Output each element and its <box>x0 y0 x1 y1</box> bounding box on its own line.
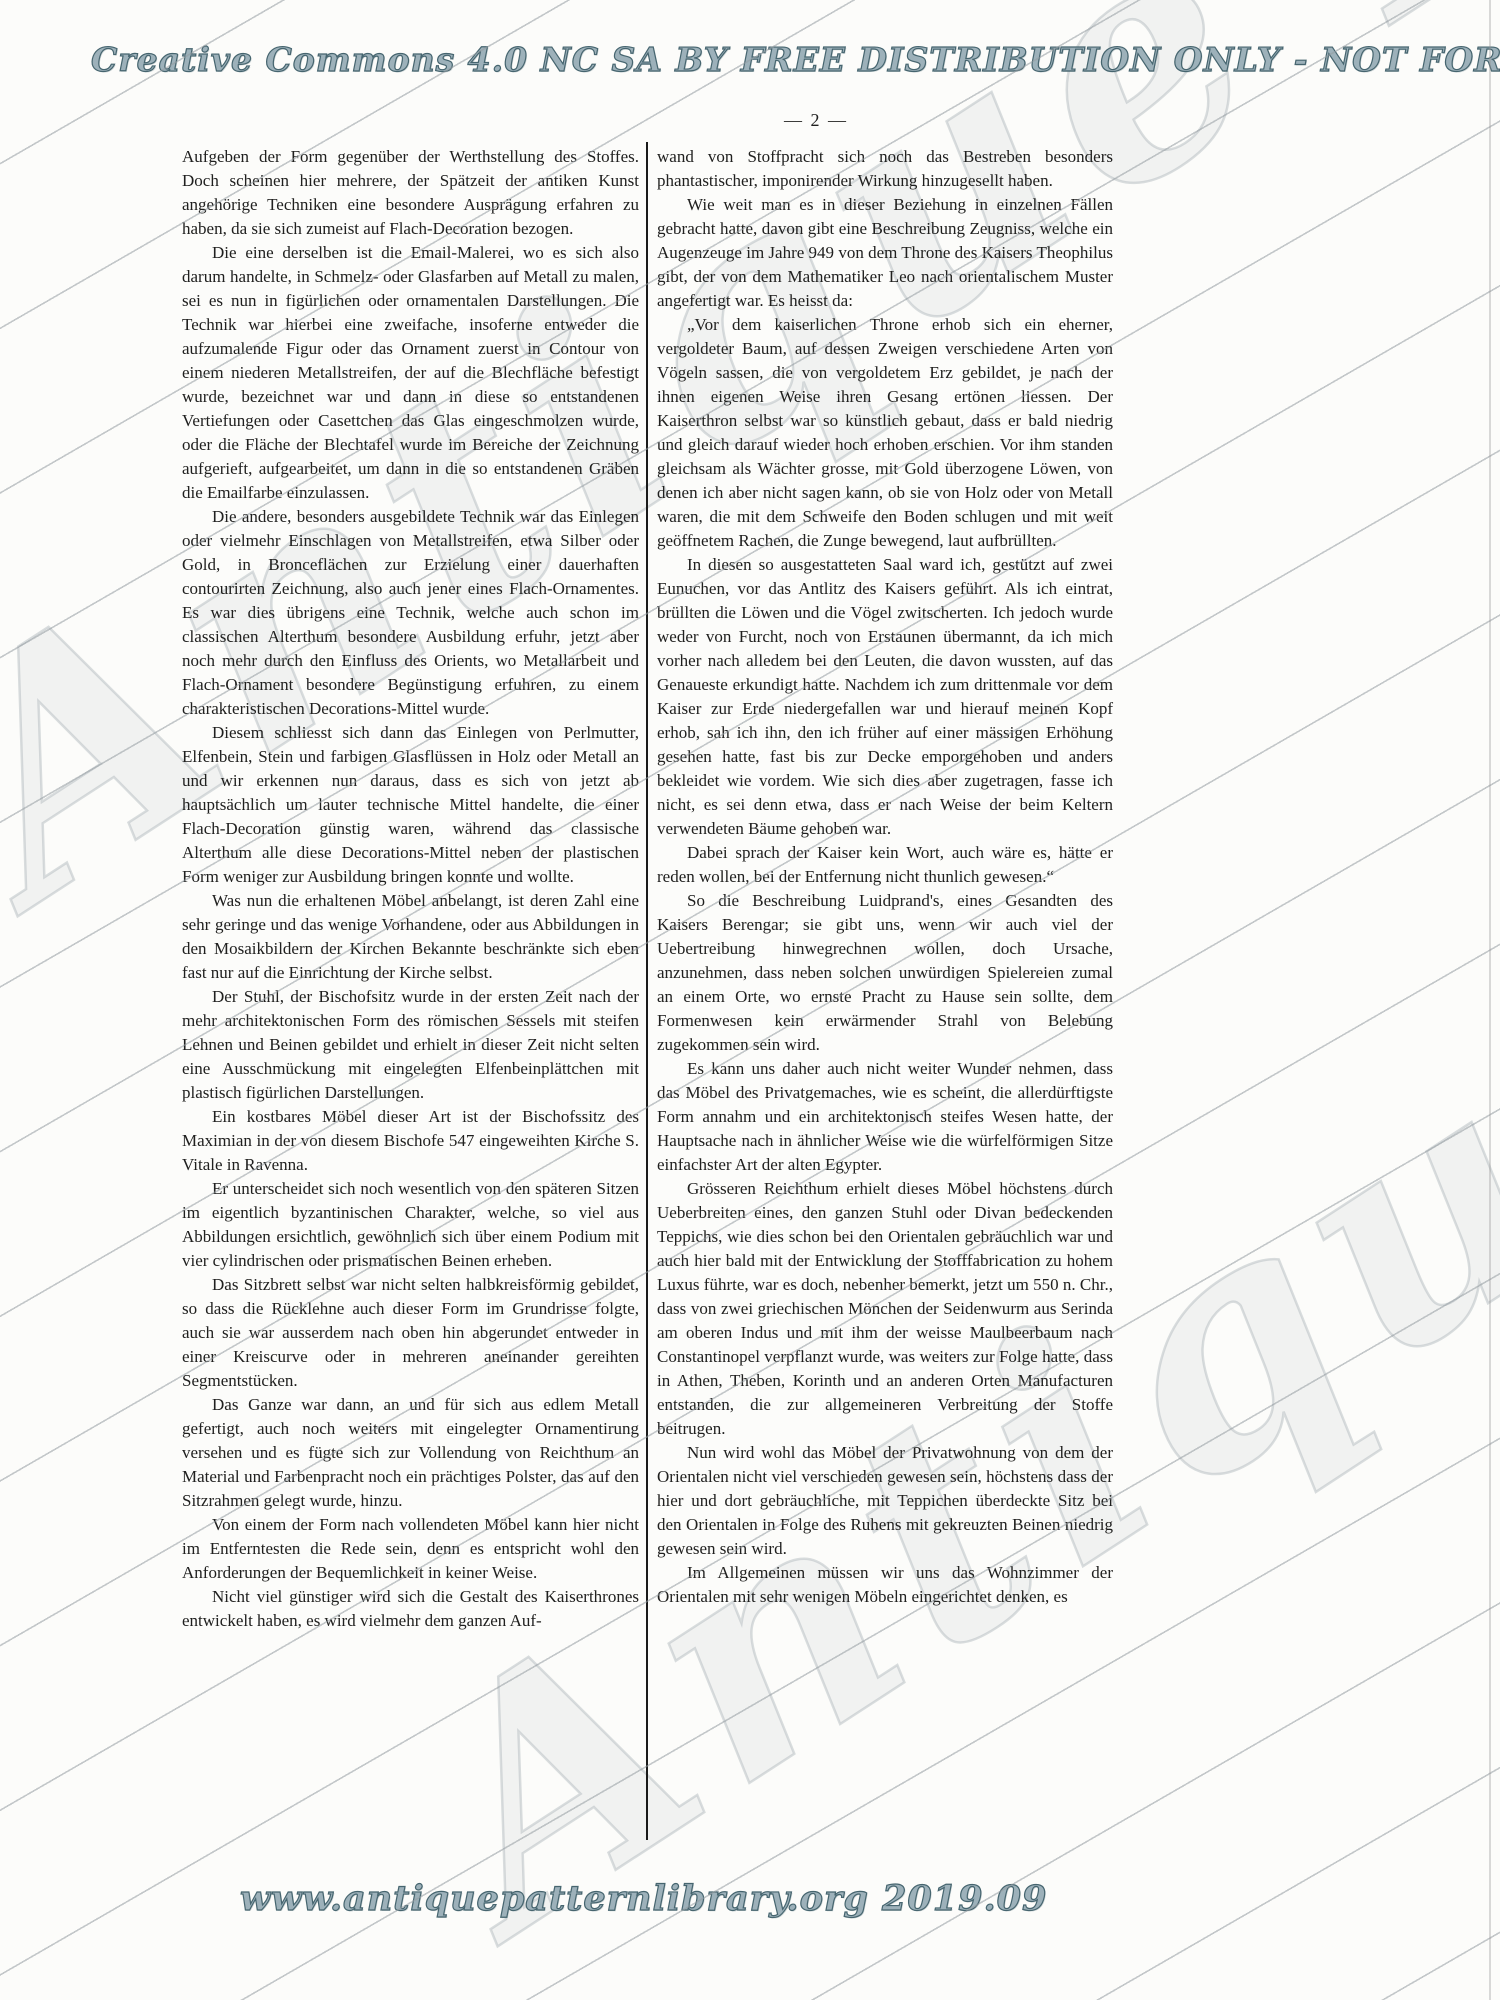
scanned-book-page: { "banner": { "header": "Creative Common… <box>0 0 1500 2000</box>
paragraph: Was nun die erhaltenen Möbel anbelangt, … <box>182 889 639 985</box>
paragraph: Von einem der Form nach vollendeten Möbe… <box>182 1513 639 1585</box>
paragraph: Die eine derselben ist die Email-Malerei… <box>182 241 639 505</box>
paragraph: Er unterscheidet sich noch wesentlich vo… <box>182 1177 639 1273</box>
paragraph: Das Sitzbrett selbst war nicht selten ha… <box>182 1273 639 1393</box>
column-divider-rule <box>646 142 648 1840</box>
paragraph: Der Stuhl, der Bischofsitz wurde in der … <box>182 985 639 1105</box>
text-column-left: Aufgeben der Form gegenüber der Werthste… <box>182 145 639 1633</box>
page-number: — 2 — <box>556 110 1076 131</box>
paragraph: Grösseren Reichthum erhielt dieses Möbel… <box>657 1177 1113 1441</box>
paragraph: Es kann uns daher auch nicht weiter Wund… <box>657 1057 1113 1177</box>
paragraph: Nicht viel günstiger wird sich die Gesta… <box>182 1585 639 1633</box>
paragraph: Das Ganze war dann, an und für sich aus … <box>182 1393 639 1513</box>
paragraph: Aufgeben der Form gegenüber der Werthste… <box>182 145 639 241</box>
paragraph: Ein kostbares Möbel dieser Art ist der B… <box>182 1105 639 1177</box>
paragraph: „Vor dem kaiserlichen Throne erhob sich … <box>657 313 1113 553</box>
paragraph: Diesem schliesst sich dann das Einlegen … <box>182 721 639 889</box>
paragraph: wand von Stoffpracht sich noch das Bestr… <box>657 145 1113 193</box>
paragraph: Im Allgemeinen müssen wir uns das Wohnzi… <box>657 1561 1113 1609</box>
paragraph: Dabei sprach der Kaiser kein Wort, auch … <box>657 841 1113 889</box>
paragraph: Wie weit man es in dieser Beziehung in e… <box>657 193 1113 313</box>
scan-edge-line <box>1489 0 1491 2000</box>
paragraph: Nun wird wohl das Möbel der Privatwohnun… <box>657 1441 1113 1561</box>
paragraph: In diesen so ausgestatteten Saal ward ic… <box>657 553 1113 841</box>
library-url-footer: www.antiquepatternlibrary.org 2019.09 <box>240 1878 940 1919</box>
text-column-right: wand von Stoffpracht sich noch das Bestr… <box>657 145 1113 1609</box>
paragraph: Die andere, besonders ausgebildete Techn… <box>182 505 639 721</box>
paragraph: So die Beschreibung Luidprand's, eines G… <box>657 889 1113 1057</box>
cc-license-banner: Creative Commons 4.0 NC SA BY FREE DISTR… <box>91 40 1091 79</box>
